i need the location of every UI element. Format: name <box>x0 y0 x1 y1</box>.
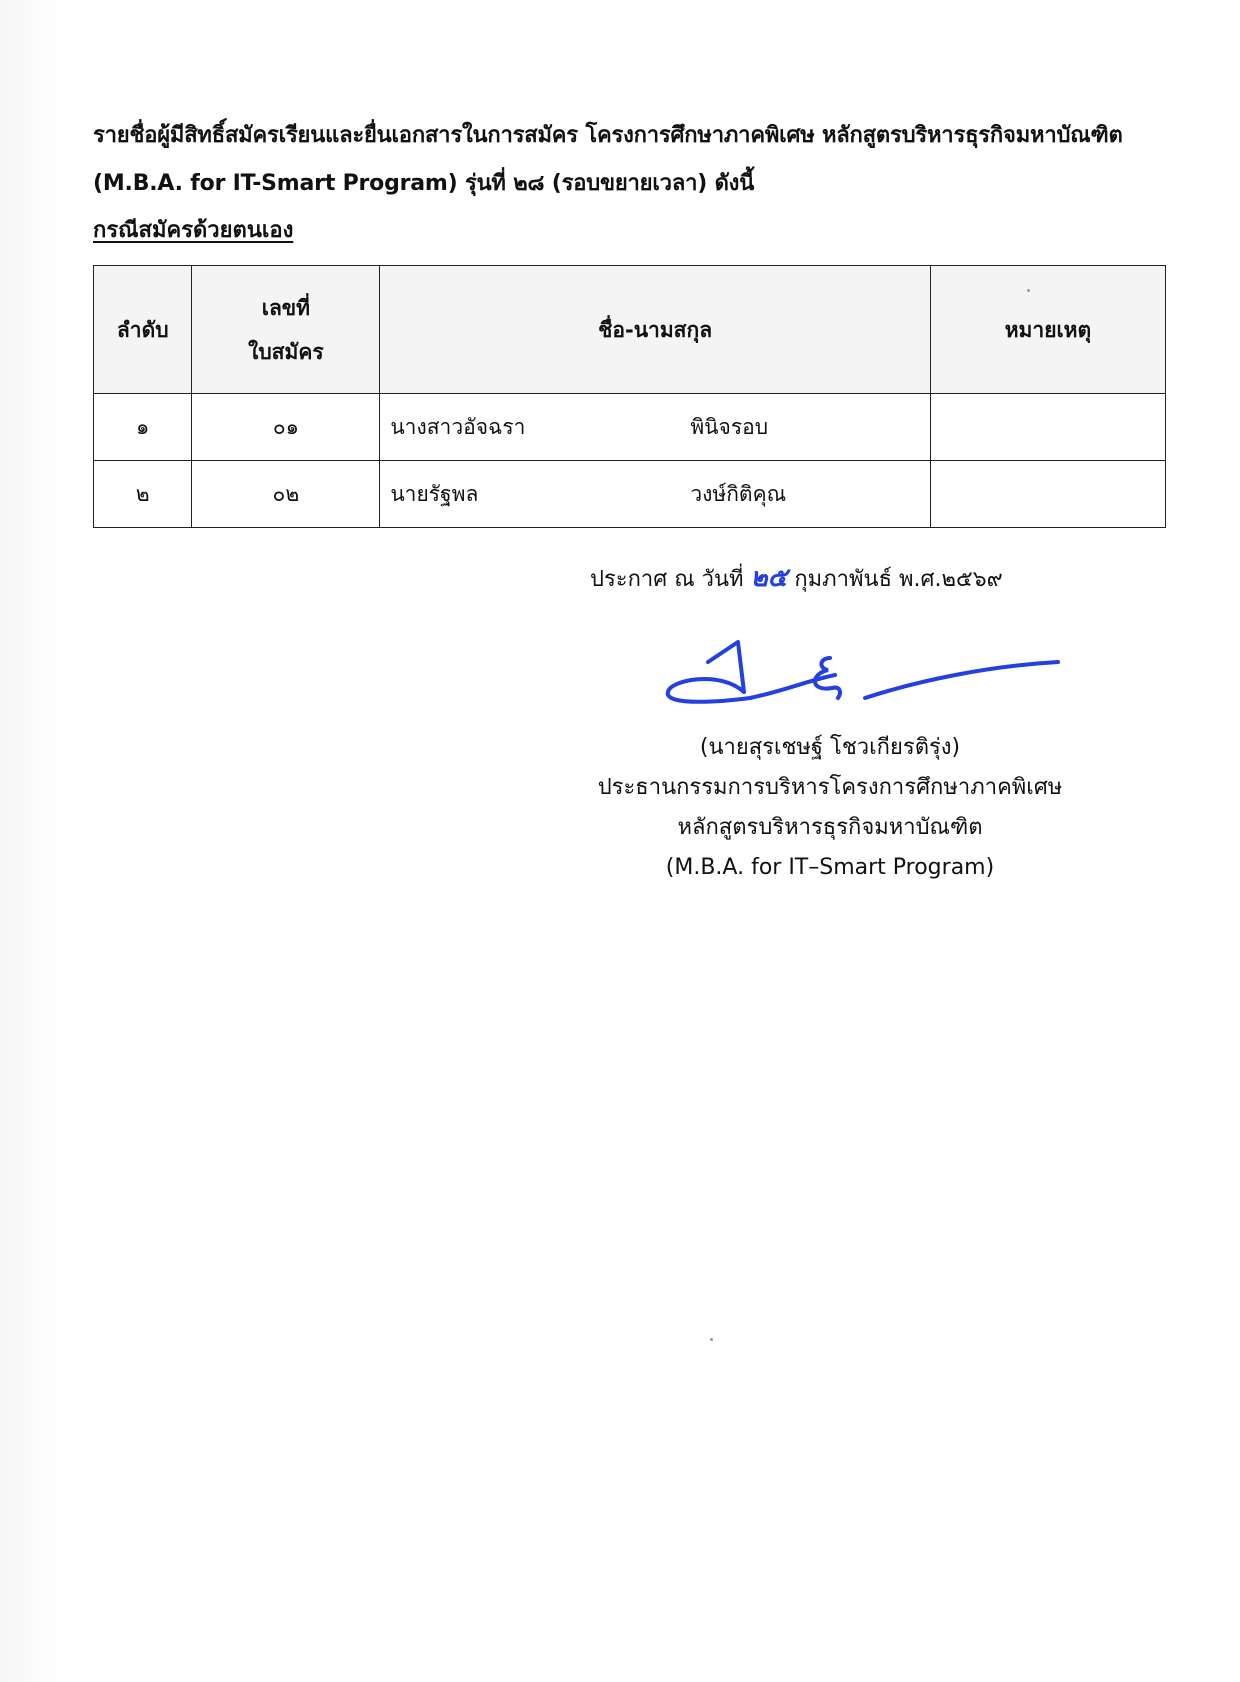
signer-position-line1: ประธานกรรมการบริหารโครงการศึกษาภาคพิเศษ <box>560 768 1100 808</box>
cell-application-no: ๐๑ <box>192 394 380 461</box>
intro-line-2: (M.B.A. for IT-Smart Program) รุ่นที่ ๒๘… <box>93 160 1183 208</box>
cell-name: นายรัฐพล วงษ์กิติคุณ <box>380 461 931 528</box>
signer-block: (นายสุรเชษฐ์ โชวเกียรติรุ่ง) ประธานกรรมก… <box>560 728 1100 888</box>
last-name: วงษ์กิติคุณ <box>690 478 786 511</box>
header-application-no-line1: เลขที่ <box>202 286 369 330</box>
signature-icon <box>660 640 1060 720</box>
header-order: ลำดับ <box>94 266 192 394</box>
header-remark: หมายเหตุ <box>930 266 1165 394</box>
applicant-table: ลำดับ เลขที่ ใบสมัคร ชื่อ-นามสกุล หมายเห… <box>93 265 1166 528</box>
table-row: ๒ ๐๒ นายรัฐพล วงษ์กิติคุณ <box>94 461 1166 528</box>
cell-remark <box>930 461 1165 528</box>
header-application-no: เลขที่ ใบสมัคร <box>192 266 380 394</box>
signer-position-line3: (M.B.A. for IT–Smart Program) <box>560 848 1100 888</box>
cell-application-no: ๐๒ <box>192 461 380 528</box>
last-name: พินิจรอบ <box>690 411 768 444</box>
header-application-no-line2: ใบสมัคร <box>202 330 369 374</box>
signer-name: (นายสุรเชษฐ์ โชวเกียรติรุ่ง) <box>560 728 1100 768</box>
table-row: ๑ ๐๑ นางสาวอัจฉรา พินิจรอบ <box>94 394 1166 461</box>
cell-order: ๒ <box>94 461 192 528</box>
first-name: นายรัฐพล <box>390 478 690 511</box>
announcement-suffix: กุมภาพันธ์ พ.ศ.๒๕๖๙ <box>794 567 1002 592</box>
section-heading: กรณีสมัครด้วยตนเอง <box>93 212 293 247</box>
first-name: นางสาวอัจฉรา <box>390 411 690 444</box>
cell-order: ๑ <box>94 394 192 461</box>
intro-paragraph: รายชื่อผู้มีสิทธิ์สมัครเรียนและยื่นเอกสา… <box>93 112 1183 208</box>
cell-name: นางสาวอัจฉรา พินิจรอบ <box>380 394 931 461</box>
document-page: รายชื่อผู้มีสิทธิ์สมัครเรียนและยื่นเอกสา… <box>0 0 1240 1682</box>
header-name: ชื่อ-นามสกุล <box>380 266 931 394</box>
signer-position-line2: หลักสูตรบริหารธุรกิจมหาบัณฑิต <box>560 808 1100 848</box>
scan-speck <box>710 1338 713 1341</box>
handwritten-day: ๒๕ <box>751 563 788 593</box>
intro-line-1: รายชื่อผู้มีสิทธิ์สมัครเรียนและยื่นเอกสา… <box>93 112 1183 160</box>
announcement-prefix: ประกาศ ณ วันที่ <box>590 567 744 592</box>
table-header-row: ลำดับ เลขที่ ใบสมัคร ชื่อ-นามสกุล หมายเห… <box>94 266 1166 394</box>
announcement-date: ประกาศ ณ วันที่ ๒๕ กุมภาพันธ์ พ.ศ.๒๕๖๙ <box>590 557 1003 598</box>
scan-speck <box>1027 289 1030 292</box>
cell-remark <box>930 394 1165 461</box>
